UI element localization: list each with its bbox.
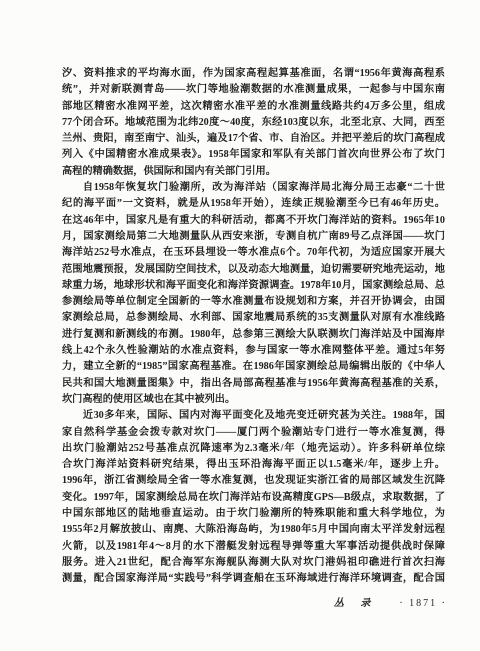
footer-page-number: · 1871 · — [399, 598, 447, 609]
text-line: 参测绘局等单位制定全国新的一等水准测量布设规划和方案，并召开协调会，由国 — [62, 294, 445, 310]
text-line: 测量，配合国家海洋局“实践号”科学调查船在玉环海域进行海洋环境调查，配合国 — [62, 571, 445, 587]
text-line: 海洋站252号水准点，在玉环县埋设一等水准点6个。70年代初，为适应国家开展大 — [62, 245, 445, 261]
text-line: 坎门高程的使用区域也在其中被列出。 — [62, 392, 445, 408]
text-line: 力，建立全新的“1985”国家高程基准。在1986年国家测绘总局编辑出版的《中华… — [62, 359, 445, 375]
text-line: 自1958年恢复坎门验潮所，改为海洋站（国家海洋局北海分局王志豪“二十世 — [62, 180, 445, 196]
text-line: 球重力场，地球形状和海平面变化和海洋资源调查。1978年10月，国家测绘总局、总 — [62, 278, 445, 294]
text-line: 家自然科学基金会拨专款对坎门——厦门两个验潮站专门进行一等水准复测，得 — [62, 425, 445, 441]
page-footer: 丛 录· 1871 · — [62, 594, 447, 609]
text-line: 合坎门海洋站资料研究结果，得出玉环沿海海平面正以1.5毫米/年，逐步上升。 — [62, 457, 445, 473]
text-line: 范围地震预报，发展国防空间技术，以及动态大地测量，迫切需要研究地壳运动，地 — [62, 262, 445, 278]
text-line: 部地区精密水准网平差，这次精密水准平差的水准测量线路共约4万多公里，组成 — [62, 99, 445, 115]
text-line: 线上42个永久性验潮站的水准点资料，参与国家一等水准网整体平差。通过5年努 — [62, 343, 445, 359]
text-line: 近30多年来，国际、国内对海平面变化及地壳变迁研究甚为关注。1988年，国 — [62, 408, 445, 424]
footer-section-label: 丛 录 — [334, 598, 378, 609]
text-line: 列入《中国精密水准成果表》。1958年国家和军队有关部门首次向世界公布了坎门 — [62, 147, 445, 163]
text-line: 中国东部地区的陆地垂直运动。由于坎门验潮所的特殊职能和重大科学地位，为 — [62, 506, 445, 522]
text-line: 高程的精确数据，供国际和国内有关部门引用。 — [62, 164, 445, 180]
text-line: 变化。1997年，国家测绘总局在坎门海洋站布设高精度GPS—B级点，求取数据，了… — [62, 490, 445, 506]
text-line: 纪的海平面”一文资料，就是从1958年开始），连续正规验潮至今已有46年历史。 — [62, 196, 445, 212]
text-line: 民共和国大地测量图集》中，指出各局部高程基准与1956年黄海高程基准的关系， — [62, 376, 445, 392]
text-line: 月，国家测绘局第二大地测量队从西安来浙，专测自杭广南89号乙点泽国——坎门 — [62, 229, 445, 245]
text-line: 火箭，以及1981年4～8月的水下潜艇发射远程导弹等重大军事活动提供战时保障 — [62, 539, 445, 555]
text-line: 汐、资料推求的平均海水面，作为国家高程起算基准面，名谓“1956年黄海高程系 — [62, 66, 445, 82]
text-line: 兰州、贵阳，南至南宁、汕头，遍及17个省、市、自治区。并把平差后的坎门高程成果 — [62, 131, 445, 147]
text-line: 统”，并对新联测青岛——坎门等地验潮数据的水准测量成果，一起参与中国东南 — [62, 82, 445, 98]
text-line: 服务。进入21世纪，配合海军东海舰队海测大队对坎门港妈祖印礁进行首次扫海 — [62, 555, 445, 571]
text-line: 进行复测和新测线的布测。1980年，总参第三测绘大队联测坎门海洋站及中国海岸 — [62, 327, 445, 343]
text-line: 1955年2月解放披山、南麂、大陈沿海岛屿，为1980年5月中国向南太平洋发射远… — [62, 522, 445, 538]
document-page: 汐、资料推求的平均海水面，作为国家高程起算基准面，名谓“1956年黄海高程系统”… — [0, 0, 480, 651]
text-line: 在这46年中，国家凡是有重大的科研活动，都离不开坎门海洋站的资料。1965年10 — [62, 213, 445, 229]
text-line: 出坎门验潮站252号基准点沉降速率为2.3毫米/年（地壳运动）。许多科研单位综 — [62, 441, 445, 457]
text-line: 家测绘总局，总参测绘局、水利部、国家地震局系统的35支测量队对原有水准线路 — [62, 310, 445, 326]
text-line: 77个闭合环。地域范围为北纬20度～40度，东经103度以东，北至北京、大同，西… — [62, 115, 445, 131]
text-line: 1996年，浙江省测绘局全省一等水准复测，也发现证实浙江省的局部区域发生沉降 — [62, 473, 445, 489]
text-block: 汐、资料推求的平均海水面，作为国家高程起算基准面，名谓“1956年黄海高程系统”… — [62, 66, 445, 588]
